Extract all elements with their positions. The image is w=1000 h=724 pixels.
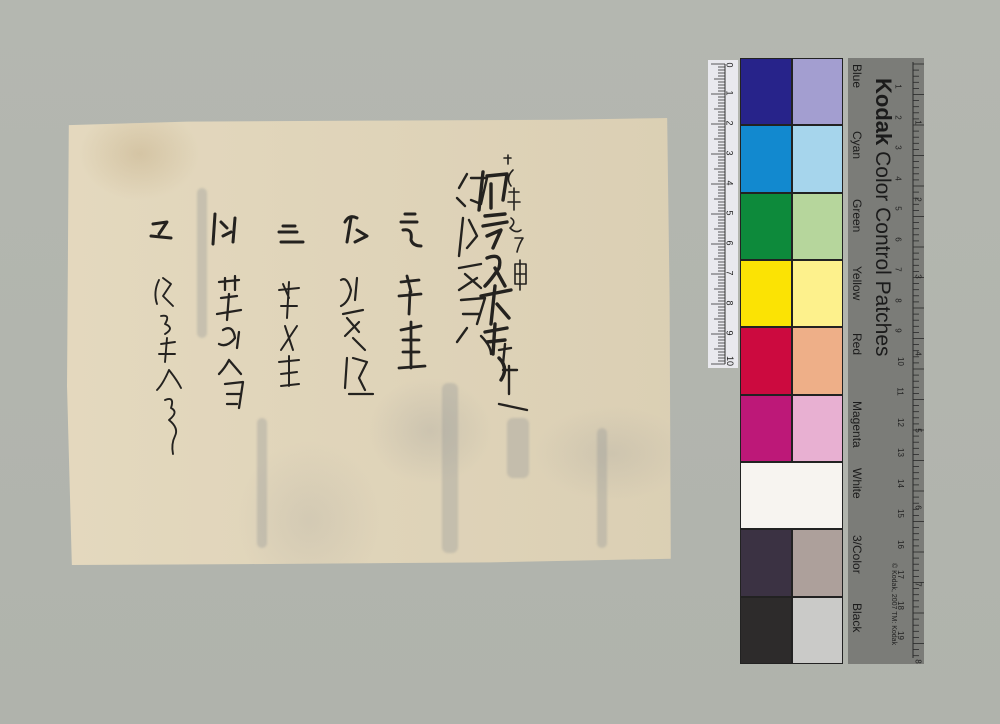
cm-label: 15 <box>896 509 905 518</box>
patch-label: Blue <box>850 64 868 78</box>
patch-red-dark <box>740 327 792 395</box>
cm-label: 13 <box>896 448 905 457</box>
patch-label: White <box>850 468 868 482</box>
ruler-label: 2 <box>727 118 732 128</box>
patch-blue-dark <box>740 58 792 125</box>
patch-label: 3/Color <box>850 535 868 549</box>
chart-ruler-scale: 1234567891011121314151617181912345678 <box>896 58 924 664</box>
ruler-label: 1 <box>727 88 732 98</box>
cm-label: 17 <box>896 570 905 579</box>
cm-label: 18 <box>896 601 905 610</box>
cm-label: 14 <box>896 479 905 488</box>
cm-label: 4 <box>896 174 900 183</box>
inch-label: 8 <box>916 657 920 666</box>
patch-yellow-dark <box>740 260 792 327</box>
ruler-label: 3 <box>727 148 732 158</box>
patch-label: Green <box>850 199 868 213</box>
inch-label: 1 <box>916 118 920 127</box>
patch-label: Black <box>850 603 868 617</box>
patch-green-dark <box>740 193 792 260</box>
ruler-label: 0 <box>727 60 732 70</box>
inch-label: 6 <box>916 503 920 512</box>
patch-3-color-light <box>792 529 843 597</box>
cm-label: 8 <box>896 296 900 305</box>
item-column-1 <box>399 276 425 368</box>
historical-document: 十二月十六日 御蔵様まで 淑姫君様へ上進 壱 羊真 弐 かるた遊 三 堂しゃ香 … <box>67 118 672 565</box>
ruler-label: 5 <box>727 208 732 218</box>
patch-black-dark <box>740 597 792 664</box>
ruler-label: 9 <box>727 328 732 338</box>
ruler-label: 8 <box>727 298 732 308</box>
white-cm-ruler: 0 1 2 3 4 5 6 7 8 9 10 <box>708 60 738 368</box>
ruler-label: 10 <box>725 356 735 366</box>
inch-label: 2 <box>916 195 920 204</box>
patch-label: Red <box>850 333 868 347</box>
item-column-5 <box>155 278 181 454</box>
patch-red-light <box>792 327 843 395</box>
cm-label: 1 <box>896 82 900 91</box>
item-column-2 <box>341 278 373 394</box>
chart-title-text: Color Control Patches <box>871 151 894 356</box>
kodak-brand: Kodak <box>871 78 896 145</box>
cm-label: 16 <box>896 540 905 549</box>
ruler-label: 4 <box>727 178 732 188</box>
ruler-label: 7 <box>727 268 732 278</box>
heading-column-2 <box>457 174 527 410</box>
patch-blue-light <box>792 58 843 125</box>
patch-cyan-light <box>792 125 843 193</box>
cm-label: 5 <box>896 204 900 213</box>
patch-label: Yellow <box>850 266 868 280</box>
cm-label: 3 <box>896 143 900 152</box>
ruler-label: 6 <box>727 238 732 248</box>
patch-3-color-dark <box>740 529 792 597</box>
chart-title: Kodak Color Control Patches <box>871 78 894 357</box>
patch-white <box>740 462 843 529</box>
cm-label: 2 <box>896 113 900 122</box>
patch-magenta-dark <box>740 395 792 462</box>
item-number-strokes <box>151 214 421 246</box>
patch-magenta-light <box>792 395 843 462</box>
cm-label: 7 <box>896 265 900 274</box>
patch-label: Magenta <box>850 401 868 415</box>
cm-label: 9 <box>896 326 900 335</box>
patch-green-light <box>792 193 843 260</box>
item-column-3 <box>279 282 299 386</box>
cm-label: 19 <box>896 631 905 640</box>
inch-label: 4 <box>916 349 920 358</box>
cm-label: 6 <box>896 235 900 244</box>
patch-yellow-light <box>792 260 843 327</box>
patch-cyan-dark <box>740 125 792 193</box>
kodak-color-chart: Kodak Color Control Patches BlueCyanGree… <box>740 58 924 664</box>
cm-label: 10 <box>896 357 905 366</box>
item-column-4 <box>217 276 243 408</box>
cm-label: 12 <box>896 418 905 427</box>
inch-label: 5 <box>916 426 920 435</box>
patch-label: Cyan <box>850 131 868 145</box>
patch-black-light <box>792 597 843 664</box>
cm-label: 11 <box>896 387 904 396</box>
inch-label: 3 <box>916 272 920 281</box>
inch-label: 7 <box>916 580 920 589</box>
calligraphy-ink <box>67 118 672 565</box>
